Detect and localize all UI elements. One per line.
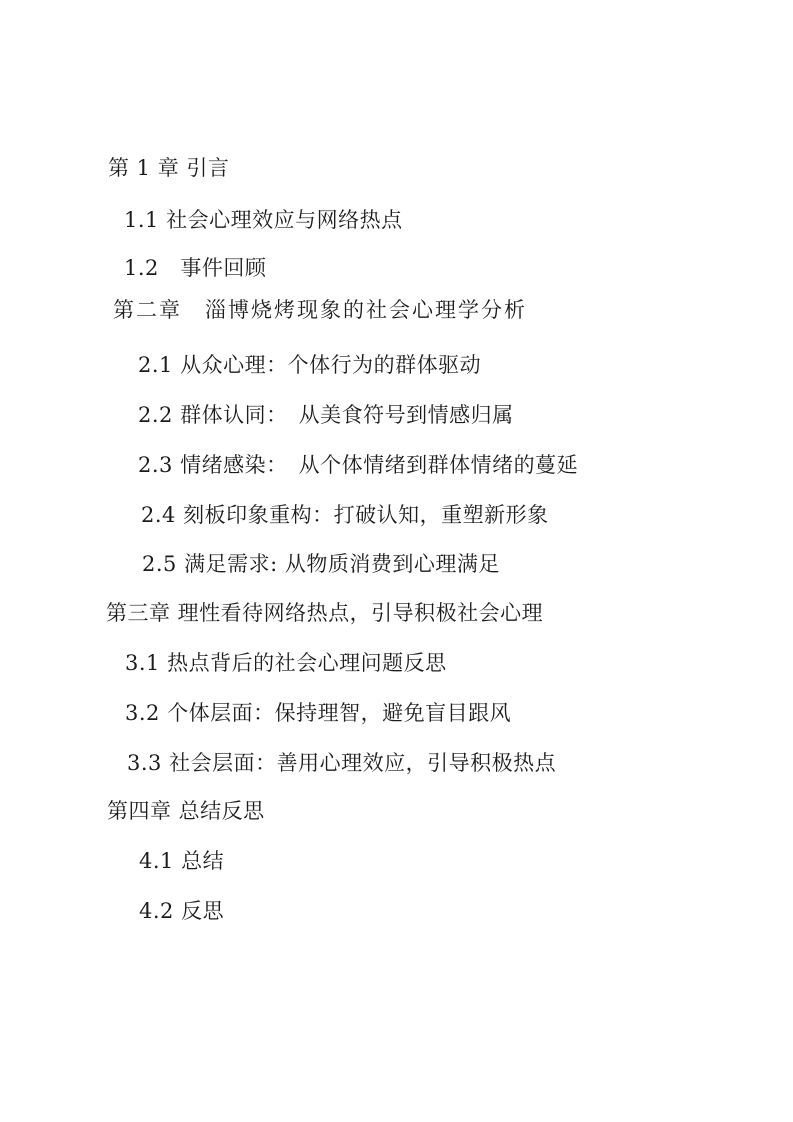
- toc-entry-section-1-2: 1.2 事件回顾: [124, 255, 266, 281]
- toc-entry-chapter-2: 第二章 淄博烧烤现象的社会心理学分析: [113, 297, 527, 323]
- toc-entry-section-3-2: 3.2 个体层面：保持理智，避免盲目跟风: [125, 700, 511, 726]
- toc-entry-section-2-3: 2.3 情绪感染： 从个体情绪到群体情绪的蔓延: [138, 452, 578, 478]
- toc-entry-section-2-1: 2.1 从众心理：个体行为的群体驱动: [138, 352, 481, 378]
- toc-entry-section-1-1: 1.1 社会心理效应与网络热点: [124, 207, 403, 233]
- toc-entry-section-4-1: 4.1 总结: [139, 848, 224, 874]
- toc-entry-chapter-1: 第 1 章 引言: [108, 155, 229, 181]
- toc-entry-section-4-2: 4.2 反思: [139, 898, 224, 924]
- toc-entry-section-3-3: 3.3 社会层面：善用心理效应，引导积极热点: [127, 750, 556, 776]
- toc-entry-section-2-2: 2.2 群体认同： 从美食符号到情感归属: [138, 402, 514, 428]
- document-page: 第 1 章 引言 1.1 社会心理效应与网络热点 1.2 事件回顾 第二章 淄博…: [0, 0, 793, 1122]
- toc-entry-section-3-1: 3.1 热点背后的社会心理问题反思: [125, 650, 447, 676]
- toc-entry-chapter-3: 第三章 理性看待网络热点，引导积极社会心理: [106, 600, 543, 626]
- toc-entry-section-2-4: 2.4 刻板印象重构：打破认知，重塑新形象: [141, 502, 549, 528]
- toc-entry-chapter-4: 第四章 总结反思: [107, 798, 265, 824]
- toc-entry-section-2-5: 2.5 满足需求: 从物质消费到心理满足: [142, 551, 500, 577]
